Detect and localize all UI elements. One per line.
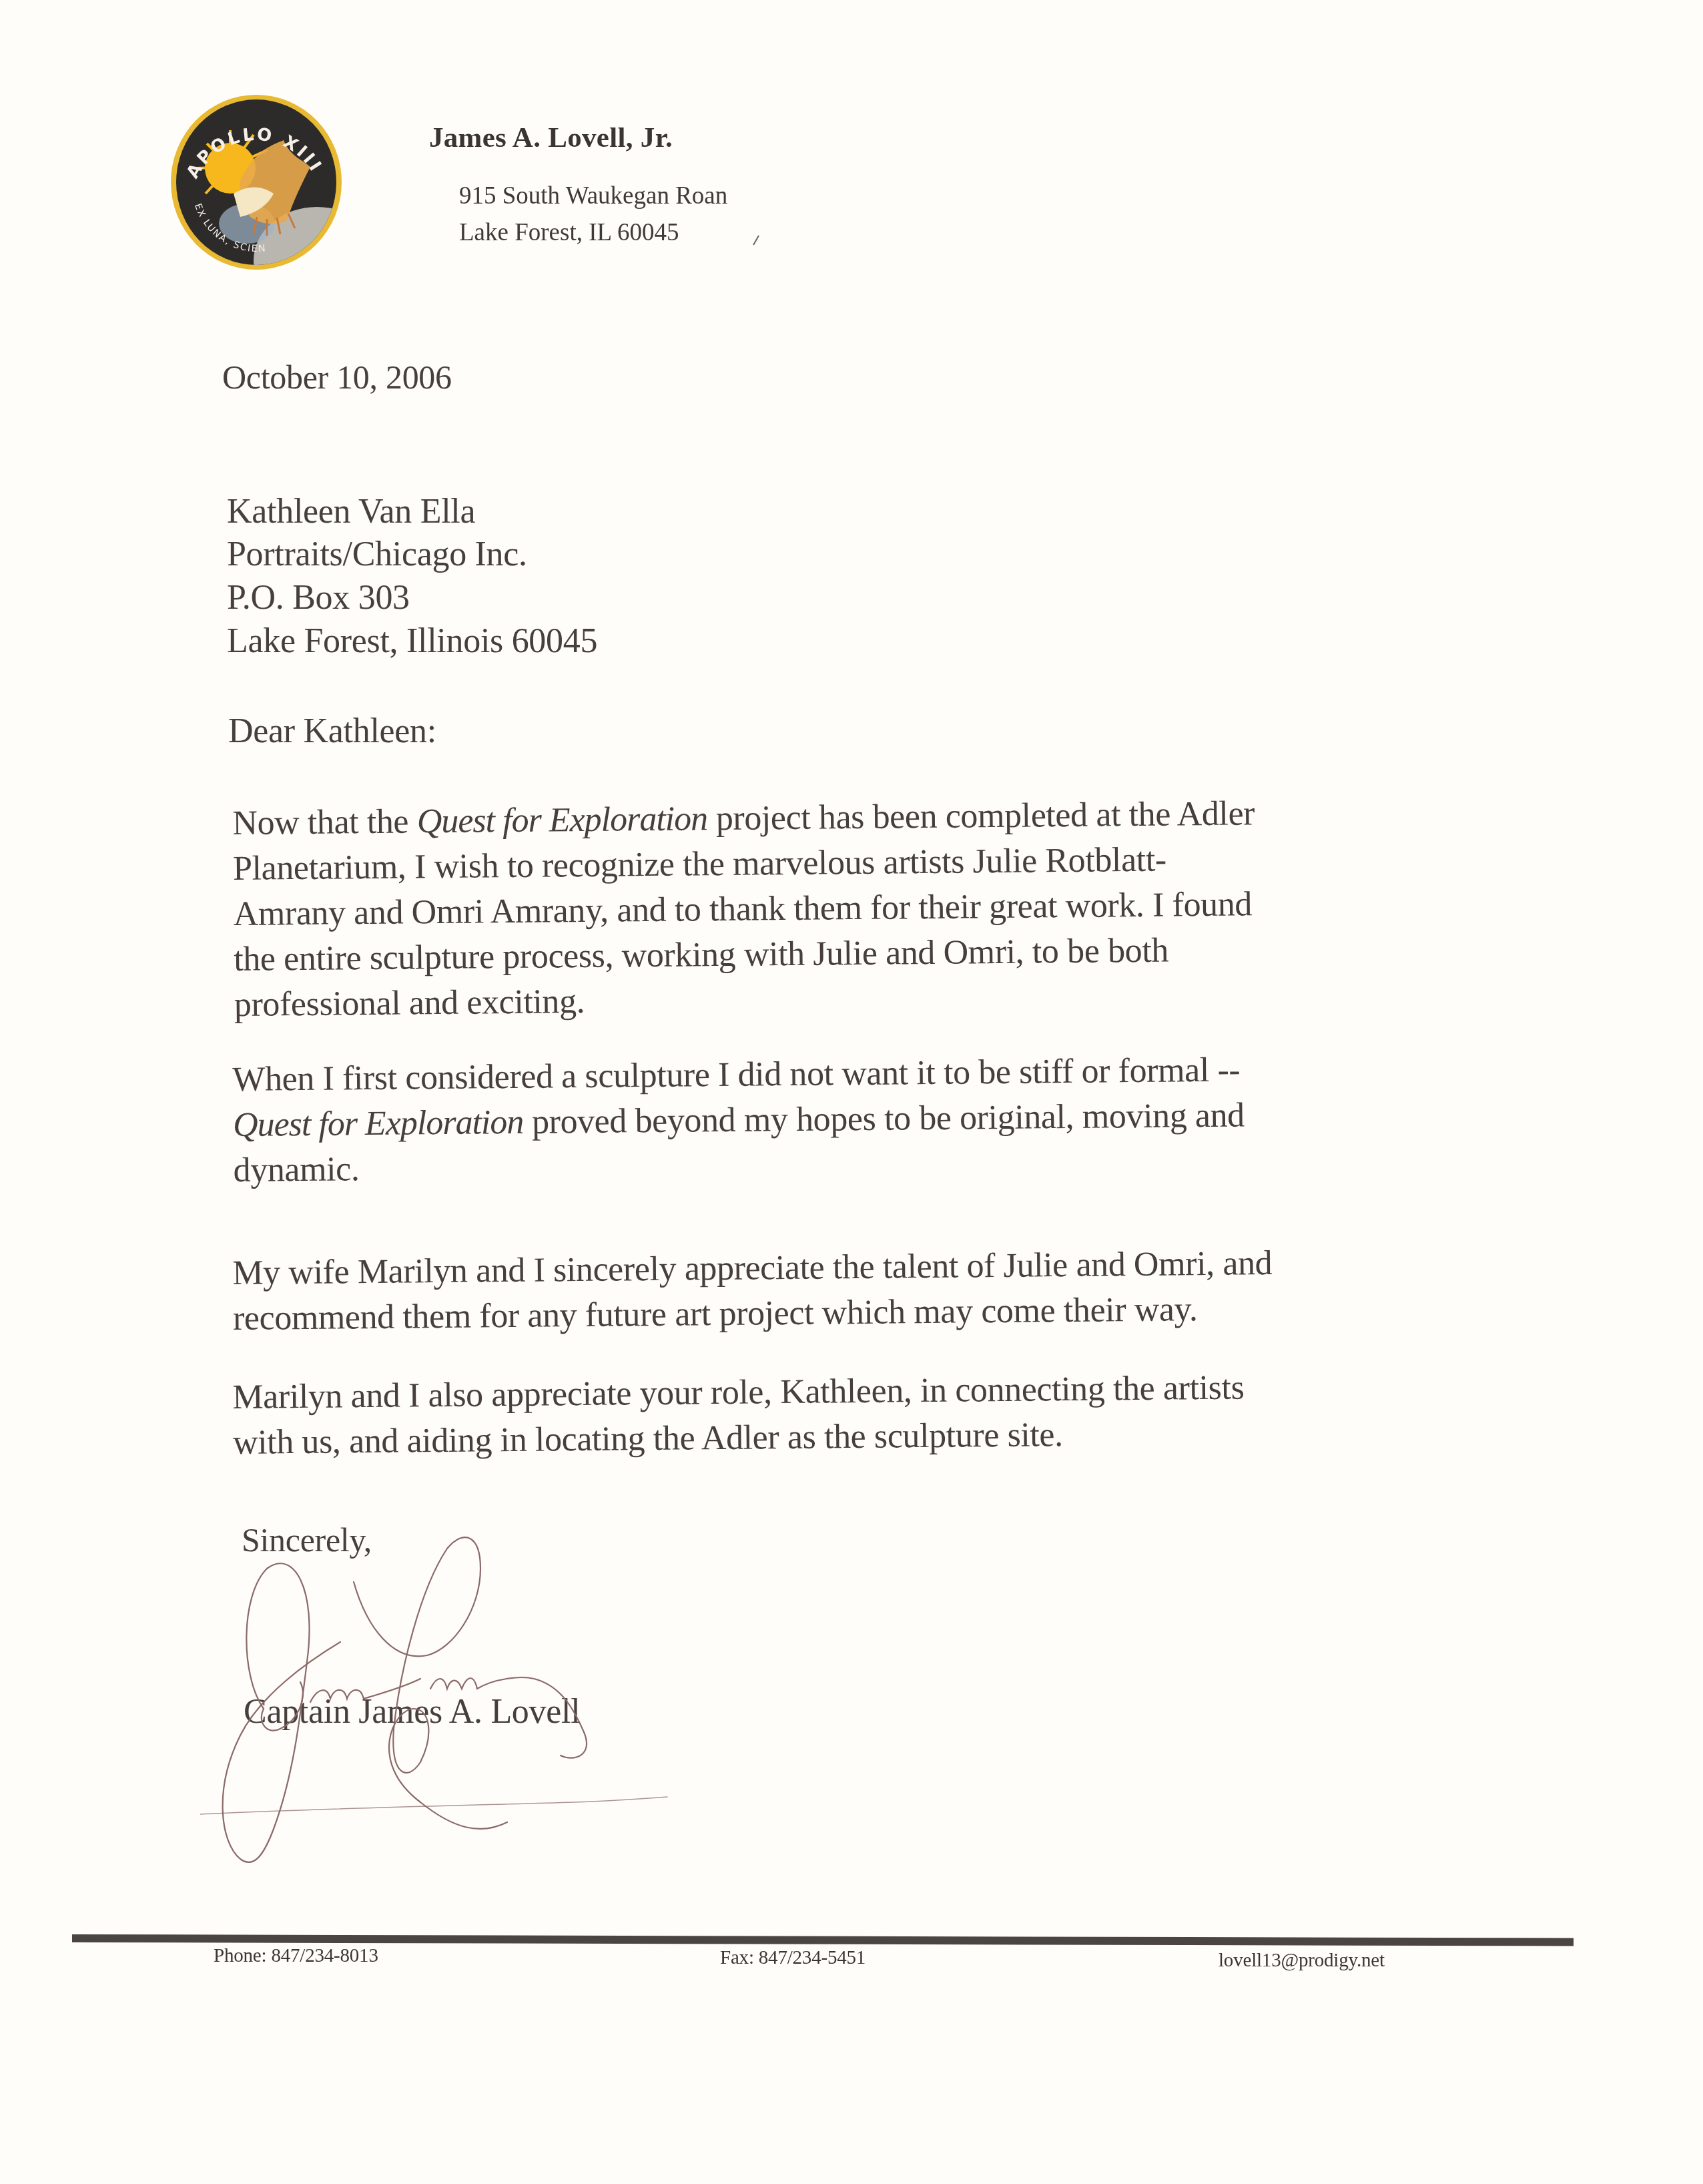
sculpture-title: Quest for Exploration [233,1103,524,1144]
letter-date: October 10, 2006 [222,358,452,396]
closing: Sincerely, [242,1521,372,1559]
paragraph-4: Marilyn and I also appreciate your role,… [232,1363,1501,1466]
recipient-company: Portraits/Chicago Inc. [227,535,527,574]
footer-divider [72,1934,1574,1946]
salutation: Dear Kathleen: [228,712,436,751]
text-span: project has been completed at the Adler [707,794,1255,838]
footer-phone: Phone: 847/234-8013 [214,1945,378,1967]
sculpture-title: Quest for Exploration [416,800,707,840]
letterhead-name: James A. Lovell, Jr. [429,121,673,154]
recipient-name: Kathleen Van Ella [227,492,475,531]
letterhead-address-line1: 915 South Waukegan Roan [459,182,727,210]
footer-email[interactable]: lovell13@prodigy.net [1219,1950,1385,1972]
footer-fax: Fax: 847/234-5451 [720,1947,866,1969]
signer-name: Captain James A. Lovell [244,1692,580,1731]
scan-mark [753,236,759,246]
recipient-po-box: P.O. Box 303 [227,578,410,617]
recipient-city-state-zip: Lake Forest, Illinois 60045 [227,621,597,661]
paragraph-2: When I first considered a sculpture I di… [232,1045,1501,1193]
text-span: proved beyond my hopes to be original, m… [523,1096,1245,1141]
paragraph-1: Now that the Quest for Exploration proje… [232,789,1502,1028]
apollo-xiii-patch-icon: APOLLO XIII EX LUNA, SCIENTIA [167,93,346,271]
paragraph-3: My wife Marilyn and I sincerely apprecia… [232,1239,1501,1342]
text-span: Now that the [232,802,417,842]
letterhead-address-line2: Lake Forest, IL 60045 [459,218,679,247]
